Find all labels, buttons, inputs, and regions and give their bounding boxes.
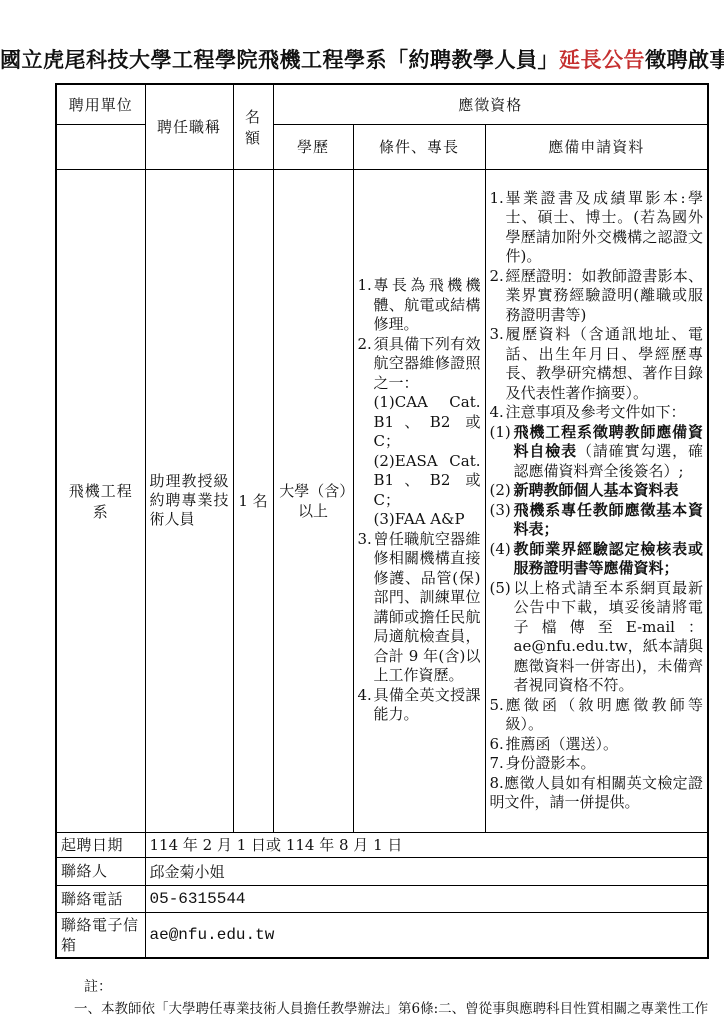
list-item: (5)以上格式請至本系網頁最新公告中下載，填妥後請將電子檔傳至E-mail：ae… xyxy=(490,579,704,696)
list-item-marker: 4. xyxy=(490,403,504,423)
header-required-documents: 應備申請資料 xyxy=(485,124,708,169)
list-item-text: 畢業證書及成績單影本:學士、碩士、博士。(若為國外學歷請加附外交機構之認證文件)… xyxy=(506,189,704,266)
value-contact-phone: 05-6315544 xyxy=(145,885,708,912)
list-item: 1.專長為飛機機體、航電或結構修理。 xyxy=(358,276,481,335)
list-item: 3.曾任職航空器維修相關機構直接修護、品管(保)部門、訓練單位講師或擔任民航局適… xyxy=(358,530,481,686)
list-item-text: 推薦函（選送）。 xyxy=(506,735,619,753)
list-item-marker: 3. xyxy=(358,530,372,550)
list-item-marker: (2) xyxy=(490,481,511,501)
header-empty-cell xyxy=(56,124,145,169)
list-item: 1.畢業證書及成績單影本:學士、碩士、博士。(若為國外學歷請加附外交機構之認證文… xyxy=(490,189,704,267)
value-contact-person: 邱金菊小姐 xyxy=(145,857,708,885)
list-item: 5.應徵函（敘明應徵教師等級）。 xyxy=(490,696,704,735)
list-item-marker: 8. xyxy=(490,774,504,792)
list-item-marker: 5. xyxy=(490,696,504,716)
page-title: 國立虎尾科技大學工程學院飛機工程學系「約聘教學人員」延長公告徵聘啟事 xyxy=(0,44,724,74)
list-item: 4.注意事項及參考文件如下： xyxy=(490,403,704,423)
list-item-marker: (1) xyxy=(490,423,511,443)
list-item-marker: 4. xyxy=(358,686,372,706)
list-item-marker: 1. xyxy=(358,276,372,296)
value-start-date: 114 年 2 月 1 日或 114 年 8 月 1 日 xyxy=(145,832,708,857)
header-hire-unit: 聘用單位 xyxy=(56,84,145,124)
list-item: 2.須具備下列有效航空器維修證照之一： xyxy=(358,335,481,394)
list-item-text: 具備全英文授課能力。 xyxy=(374,686,481,724)
list-item: (2)EASA Cat. B1、B2 或 C； xyxy=(358,452,481,511)
list-item-text: 應徵函（敘明應徵教師等級）。 xyxy=(506,696,704,734)
list-item-text: 經歷證明：如教師證書影本、業界實務經驗證明(離職或服務證明書等) xyxy=(506,267,704,324)
list-item: 3.履歷資料（含通訊地址、電話、出生年月日、學經歷專長、教學研究構想、著作目錄及… xyxy=(490,325,704,403)
list-item-text: 須具備下列有效航空器維修證照之一： xyxy=(374,335,481,392)
list-item: 7.身份證影本。 xyxy=(490,754,704,774)
cell-position-title: 助理教授級約聘專業技術人員 xyxy=(145,169,233,832)
list-item-marker: 2. xyxy=(358,335,372,355)
list-item-text: 應徵人員如有相關英文檢定證明文件，請一併提供。 xyxy=(490,774,704,812)
list-item-marker: 2. xyxy=(490,267,504,287)
list-item-text: (2)EASA Cat. B1、B2 或 C； xyxy=(374,452,481,509)
list-item-text: 飛機工程系徵聘教師應備資料自檢表（請確實勾選，確認應備資料齊全後簽名）; xyxy=(514,423,704,480)
list-item: 8.應徵人員如有相關英文檢定證明文件，請一併提供。 xyxy=(490,774,704,813)
cell-quota: 1 名 xyxy=(233,169,273,832)
list-item-marker: 3. xyxy=(490,325,504,345)
list-item-text: 新聘教師個人基本資料表 xyxy=(514,481,679,499)
header-qualifications: 應徵資格 xyxy=(273,84,708,124)
title-text-pre: 國立虎尾科技大學工程學院飛機工程學系「約聘教學人員」 xyxy=(0,47,559,72)
list-item: (2)新聘教師個人基本資料表 xyxy=(490,481,704,501)
list-item: (4)教師業界經驗認定檢核表或服務證明書等應備資料； xyxy=(490,540,704,579)
list-item: 6.推薦函（選送）。 xyxy=(490,735,704,755)
list-item: 2.經歷證明：如教師證書影本、業界實務經驗證明(離職或服務證明書等) xyxy=(490,267,704,326)
value-contact-email: ae@nfu.edu.tw xyxy=(145,912,708,958)
list-item-text: (1)CAA Cat. B1、B2 或 C； xyxy=(374,393,481,450)
header-position-title: 聘任職稱 xyxy=(145,84,233,169)
list-item-text: 以上格式請至本系網頁最新公告中下載，填妥後請將電子檔傳至E-mail：ae@nf… xyxy=(514,579,704,695)
list-item-marker: (5) xyxy=(490,579,511,599)
cell-education: 大學（含）以上 xyxy=(273,169,353,832)
list-item: (1)CAA Cat. B1、B2 或 C； xyxy=(358,393,481,452)
list-item: 4.具備全英文授課能力。 xyxy=(358,686,481,725)
list-item-text: 身份證影本。 xyxy=(506,754,596,772)
label-contact-phone: 聯絡電話 xyxy=(56,885,145,912)
cell-conditions: 1.專長為飛機機體、航電或結構修理。2.須具備下列有效航空器維修證照之一：(1)… xyxy=(353,169,485,832)
list-item: (3)飛機系專任教師應徵基本資料表； xyxy=(490,501,704,540)
list-item-marker: (4) xyxy=(490,540,511,560)
list-item-text: 注意事項及參考文件如下： xyxy=(506,403,686,421)
recruitment-table: 聘用單位 聘任職稱 名額 應徵資格 學歷 條件、專長 應備申請資料 飛機工程系 … xyxy=(55,83,709,959)
cell-required-documents: 1.畢業證書及成績單影本:學士、碩士、博士。(若為國外學歷請加附外交機構之認證文… xyxy=(485,169,708,832)
notes-line: 一、本教師依「大學聘任專業技術人員擔任教學辦法」第6條:二、曾從事與應聘科目性質… xyxy=(74,997,708,1017)
list-item-text: 教師業界經驗認定檢核表或服務證明書等應備資料； xyxy=(514,540,704,578)
list-item-text: 專長為飛機機體、航電或結構修理。 xyxy=(374,276,481,333)
label-start-date: 起聘日期 xyxy=(56,832,145,857)
label-contact-person: 聯絡人 xyxy=(56,857,145,885)
header-conditions: 條件、專長 xyxy=(353,124,485,169)
list-item-text: 飛機系專任教師應徵基本資料表； xyxy=(514,501,704,539)
list-item-marker: 1. xyxy=(490,189,504,209)
header-quota: 名額 xyxy=(233,84,273,169)
label-contact-email: 聯絡電子信箱 xyxy=(56,912,145,958)
list-item-text: (3)FAA A&P xyxy=(374,510,465,528)
header-education: 學歷 xyxy=(273,124,353,169)
cell-department: 飛機工程系 xyxy=(56,169,145,832)
title-text-post: 徵聘啟事 xyxy=(645,47,724,72)
title-highlight: 延長公告 xyxy=(559,47,645,72)
list-item: (1)飛機工程系徵聘教師應備資料自檢表（請確實勾選，確認應備資料齊全後簽名）; xyxy=(490,423,704,482)
notes-label: 註： xyxy=(84,976,112,996)
list-item-marker: (3) xyxy=(490,501,511,521)
list-item: (3)FAA A&P xyxy=(358,510,481,530)
list-item-text: 曾任職航空器維修相關機構直接修護、品管(保)部門、訓練單位講師或擔任民航局適航檢… xyxy=(374,530,481,685)
list-item-marker: 7. xyxy=(490,754,504,774)
list-item-text: 履歷資料（含通訊地址、電話、出生年月日、學經歷專長、教學研究構想、著作目錄及代表… xyxy=(506,325,704,402)
list-item-marker: 6. xyxy=(490,735,504,755)
